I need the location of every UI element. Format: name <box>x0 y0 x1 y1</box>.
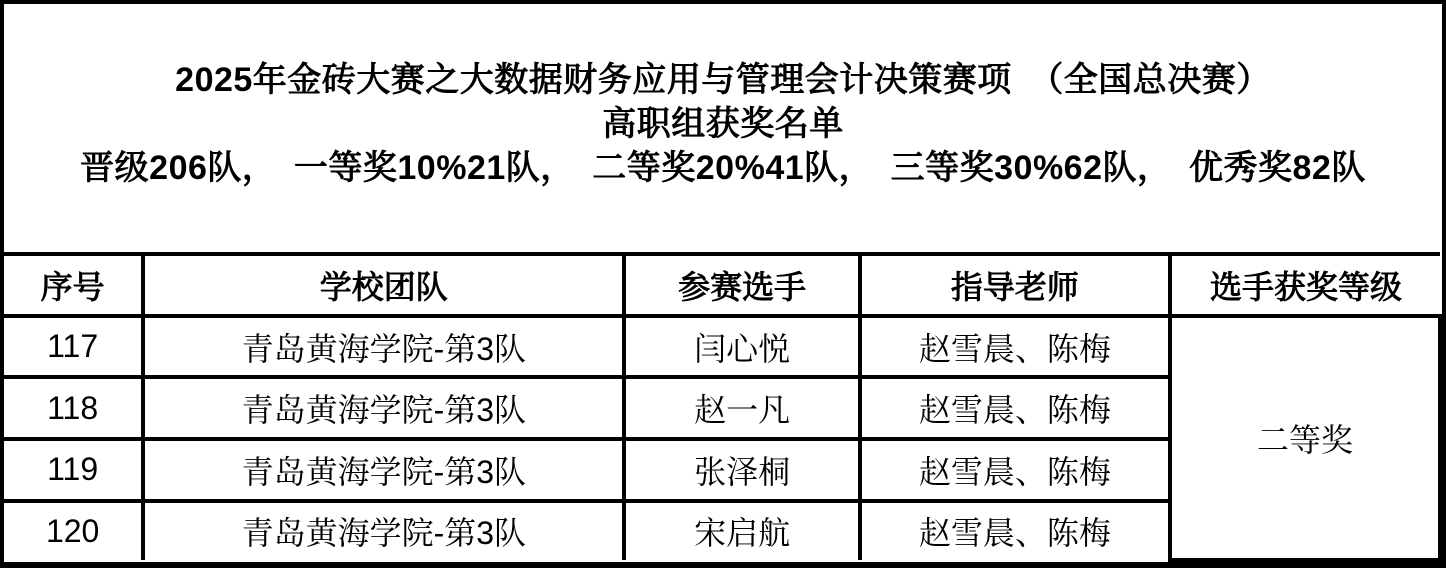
cell-index: 120 <box>4 501 143 560</box>
column-header-player: 参赛选手 <box>624 254 860 316</box>
cell-index: 117 <box>4 316 143 378</box>
award-statistics-line: 晋级206队， 一等奖10%21队， 二等奖20%41队， 三等奖30%62队，… <box>4 146 1442 190</box>
document-header: 2025年金砖大赛之大数据财务应用与管理会计决策赛项 （全国总决赛） 高职组获奖… <box>4 4 1442 252</box>
cell-index: 119 <box>4 439 143 501</box>
cell-player: 赵一凡 <box>624 377 860 439</box>
column-header-teacher: 指导老师 <box>860 254 1170 316</box>
award-table-container: 序号 学校团队 参赛选手 指导老师 选手获奖等级 117 青岛黄海学院-第3队 … <box>4 252 1442 562</box>
cell-award-merged: 二等奖 <box>1170 316 1440 560</box>
column-header-team: 学校团队 <box>143 254 624 316</box>
cell-teachers: 赵雪晨、陈梅 <box>860 439 1170 501</box>
group-subtitle: 高职组获奖名单 <box>4 102 1442 146</box>
cell-team: 青岛黄海学院-第3队 <box>143 377 624 439</box>
cell-team: 青岛黄海学院-第3队 <box>143 439 624 501</box>
cell-player: 宋启航 <box>624 501 860 560</box>
column-header-award: 选手获奖等级 <box>1170 254 1440 316</box>
cell-teachers: 赵雪晨、陈梅 <box>860 377 1170 439</box>
cell-teachers: 赵雪晨、陈梅 <box>860 316 1170 378</box>
competition-title: 2025年金砖大赛之大数据财务应用与管理会计决策赛项 （全国总决赛） <box>4 58 1442 102</box>
cell-team: 青岛黄海学院-第3队 <box>143 316 624 378</box>
table-row: 117 青岛黄海学院-第3队 闫心悦 赵雪晨、陈梅 二等奖 <box>4 316 1440 378</box>
cell-index: 118 <box>4 377 143 439</box>
column-header-index: 序号 <box>4 254 143 316</box>
table-header-row: 序号 学校团队 参赛选手 指导老师 选手获奖等级 <box>4 254 1440 316</box>
cell-player: 闫心悦 <box>624 316 860 378</box>
cell-teachers: 赵雪晨、陈梅 <box>860 501 1170 560</box>
cell-player: 张泽桐 <box>624 439 860 501</box>
award-list-document: 2025年金砖大赛之大数据财务应用与管理会计决策赛项 （全国总决赛） 高职组获奖… <box>0 0 1446 568</box>
award-table: 序号 学校团队 参赛选手 指导老师 选手获奖等级 117 青岛黄海学院-第3队 … <box>4 252 1442 562</box>
cell-team: 青岛黄海学院-第3队 <box>143 501 624 560</box>
